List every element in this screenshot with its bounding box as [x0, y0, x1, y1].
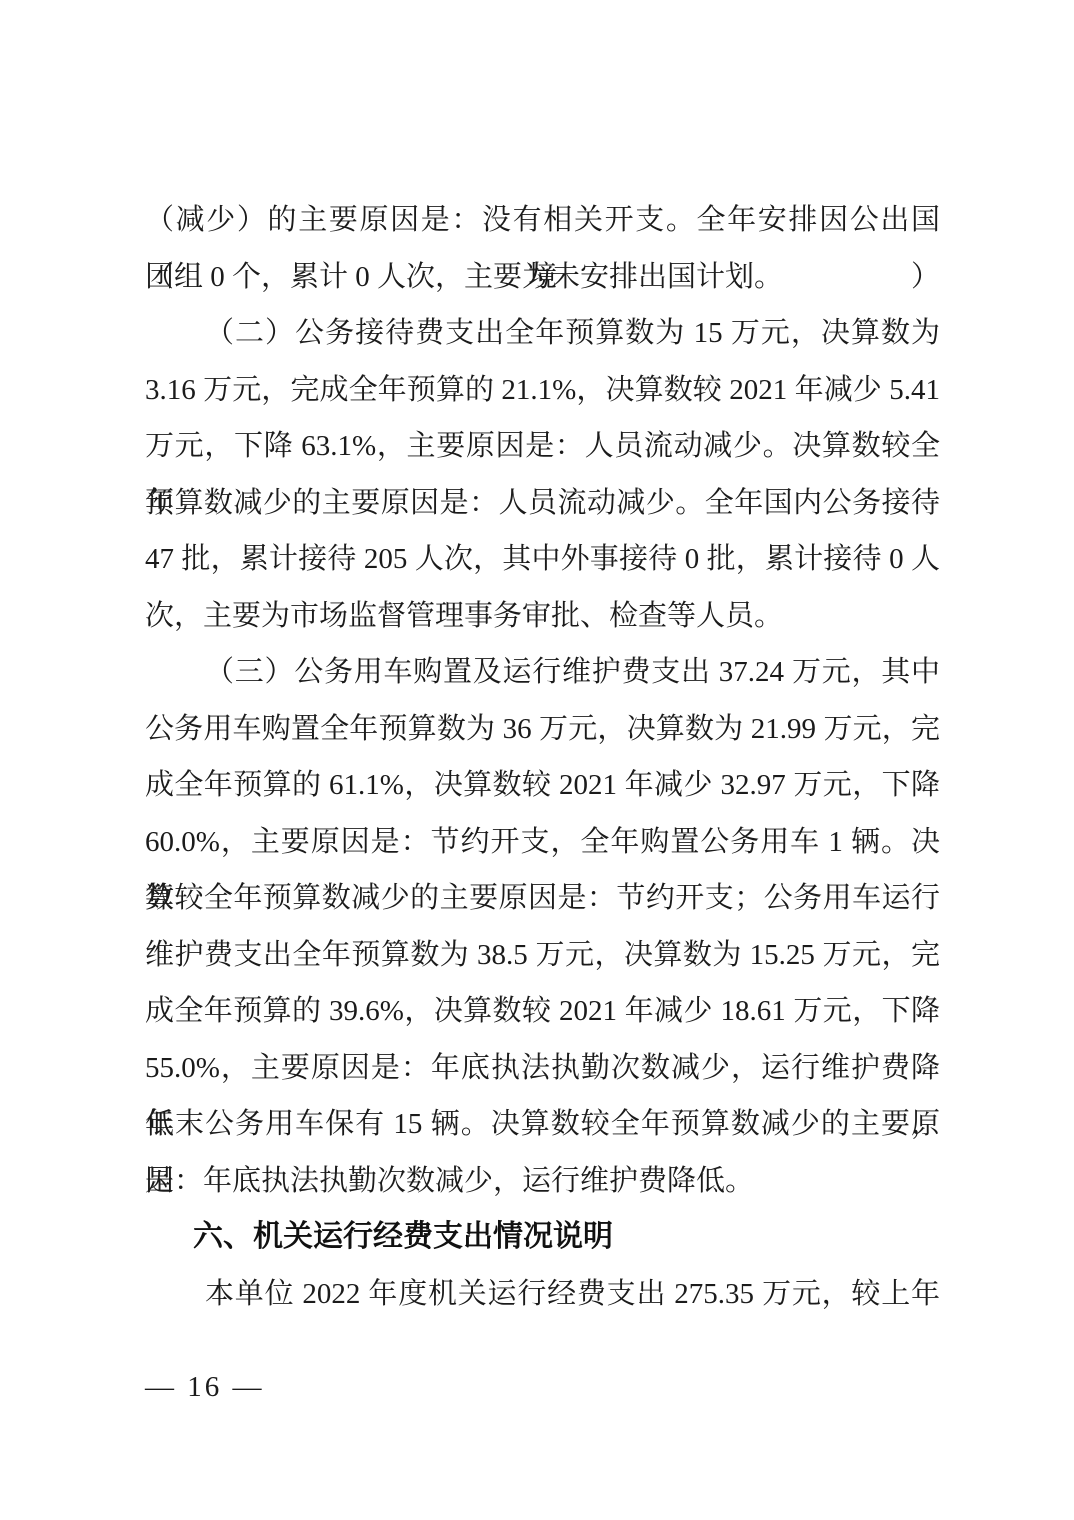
body-line-5: 万元，下降 63.1%，主要原因是：人员流动减少。决算数较全年: [145, 418, 940, 475]
section-heading: 六、机关运行经费支出情况说明: [145, 1209, 940, 1266]
body-line-13: 数较全年预算数减少的主要原因是：节约开支；公务用车运行: [145, 870, 940, 927]
page-number: — 16 —: [145, 1371, 265, 1403]
body-line-17: 年末公务用车保有 15 辆。决算数较全年预算数减少的主要原因: [145, 1096, 940, 1153]
document-page: （减少）的主要原因是：没有相关开支。全年安排因公出国（境） 团组 0 个，累计 …: [0, 0, 1074, 1520]
body-line-3: （二）公务接待费支出全年预算数为 15 万元，决算数为: [145, 305, 940, 362]
body-line-8: 次，主要为市场监督管理事务审批、检查等人员。: [145, 588, 940, 645]
body-line-11: 成全年预算的 61.1%，决算数较 2021 年减少 32.97 万元，下降: [145, 757, 940, 814]
body-line-6: 预算数减少的主要原因是：人员流动减少。全年国内公务接待: [145, 475, 940, 532]
document-body: （减少）的主要原因是：没有相关开支。全年安排因公出国（境） 团组 0 个，累计 …: [145, 192, 940, 1322]
body-line-4: 3.16 万元，完成全年预算的 21.1%，决算数较 2021 年减少 5.41: [145, 362, 940, 419]
body-line-7: 47 批，累计接待 205 人次，其中外事接待 0 批，累计接待 0 人: [145, 531, 940, 588]
body-line-9: （三）公务用车购置及运行维护费支出 37.24 万元，其中: [145, 644, 940, 701]
body-line-18: 是：年底执法执勤次数减少，运行维护费降低。: [145, 1153, 940, 1210]
body-line-16: 55.0%，主要原因是：年底执法执勤次数减少，运行维护费降低，: [145, 1040, 940, 1097]
body-line-10: 公务用车购置全年预算数为 36 万元，决算数为 21.99 万元，完: [145, 701, 940, 758]
body-line-15: 成全年预算的 39.6%，决算数较 2021 年减少 18.61 万元，下降: [145, 983, 940, 1040]
body-line-12: 60.0%，主要原因是：节约开支，全年购置公务用车 1 辆。决算: [145, 814, 940, 871]
body-line-1: （减少）的主要原因是：没有相关开支。全年安排因公出国（境）: [145, 192, 940, 249]
body-line-14: 维护费支出全年预算数为 38.5 万元，决算数为 15.25 万元，完: [145, 927, 940, 984]
body-line-20: 本单位 2022 年度机关运行经费支出 275.35 万元，较上年: [145, 1266, 940, 1323]
